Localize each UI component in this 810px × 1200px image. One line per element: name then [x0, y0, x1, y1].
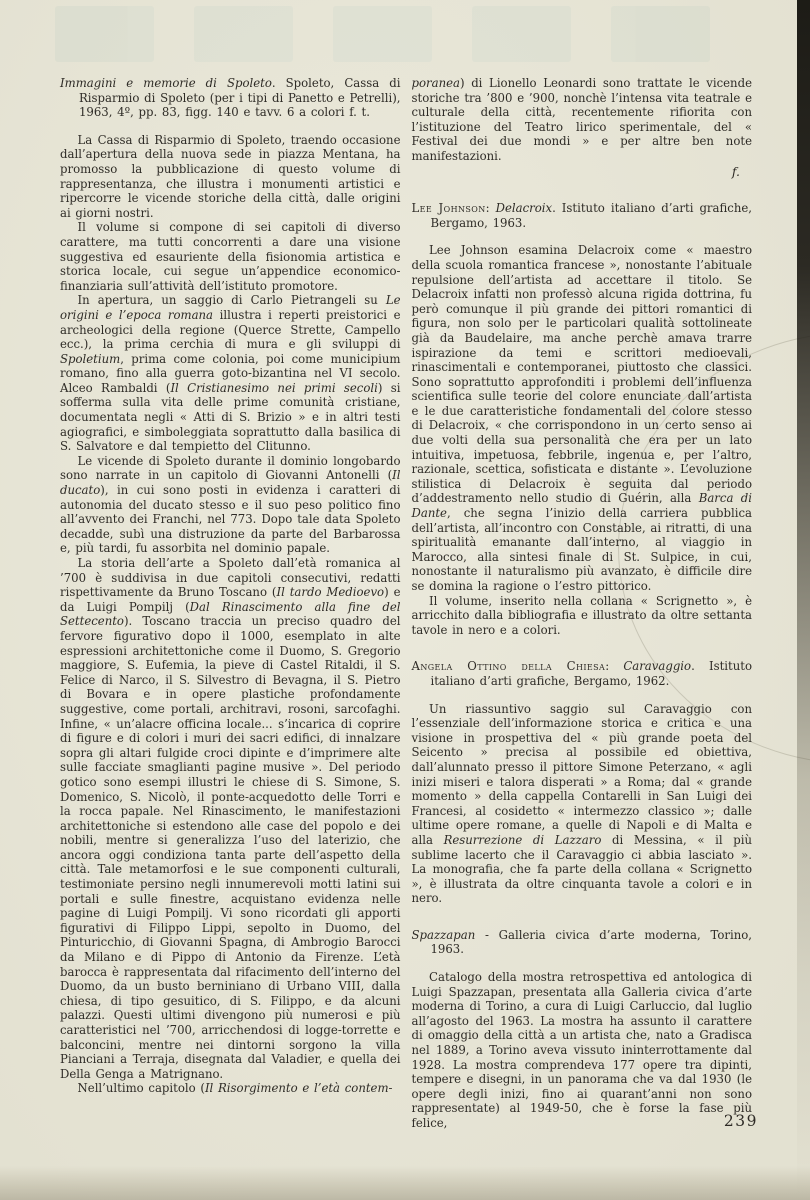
watermark-bar	[55, 6, 154, 62]
watermark-bar	[194, 6, 293, 62]
text-segment: Il volume si compone di sei capitoli di …	[60, 220, 401, 292]
text-segment: Angela Ottino della Chiesa	[412, 659, 606, 673]
entry-heading: Immagini e memorie di Spoleto. Spoleto, …	[60, 76, 401, 120]
paragraph: In apertura, un saggio di Carlo Pietrang…	[60, 293, 401, 454]
text-segment: :	[486, 201, 496, 215]
text-segment: Catalogo della mostra retrospettiva ed a…	[412, 970, 753, 1130]
paragraph: Lee Johnson esamina Delacroix come « mae…	[412, 243, 753, 593]
page-edge-shadow	[797, 0, 810, 1200]
watermark-bar	[333, 6, 432, 62]
text-segment: ), in cui sono posti in evidenza i carat…	[60, 483, 401, 555]
text-segment: Lee Johnson esamina Delacroix come « mae…	[412, 243, 753, 505]
watermark-bar	[472, 6, 571, 62]
entry-heading: Lee Johnson: Delacroix. Istituto italian…	[412, 201, 753, 230]
text-segment: , che segna l’inizio della carriera pubb…	[412, 506, 753, 593]
book-page: { "colors": { "paper": "#e9e7d8", "ink":…	[0, 0, 810, 1200]
text-segment: Caravaggio	[623, 659, 691, 673]
left-column: Immagini e memorie di Spoleto. Spoleto, …	[60, 76, 401, 1131]
text-segment: Le vicende di Spoleto durante il dominio…	[60, 454, 401, 483]
text-segment: La Cassa di Risparmio di Spoleto, traend…	[60, 133, 401, 220]
text-segment: Immagini e memorie di Spoleto	[60, 76, 272, 90]
text-segment: poranea	[412, 76, 461, 90]
right-column: poranea) di Lionello Leonardi sono tratt…	[412, 76, 753, 1131]
signature: f.	[412, 165, 753, 180]
text-segment: Un riassuntivo saggio sul Caravaggio con…	[412, 702, 753, 847]
text-segment: - Galleria civica d’arte moderna, Torino…	[431, 928, 753, 957]
watermark-bar	[611, 6, 710, 62]
text-segment: Il Risorgimento e l’età contem-	[205, 1081, 393, 1095]
text-segment: Spazzapan	[412, 928, 476, 942]
text-segment: Nell’ultimo capitolo (	[78, 1081, 205, 1095]
entry-heading: Spazzapan - Galleria civica d’arte moder…	[412, 928, 753, 957]
paragraph: Il volume si compone di sei capitoli di …	[60, 220, 401, 293]
text-segment: Delacroix	[496, 201, 553, 215]
text-segment: ). Toscano traccia un preciso quadro del…	[60, 614, 401, 1080]
entry-heading: Angela Ottino della Chiesa: Caravaggio. …	[412, 659, 753, 688]
paragraph: Nell’ultimo capitolo (Il Risorgimento e …	[60, 1081, 401, 1096]
text-segment: In apertura, un saggio di Carlo Pietrang…	[78, 293, 386, 307]
text-segment: Il Cristianesimo nei primi secoli	[170, 381, 377, 395]
continuation: poranea) di Lionello Leonardi sono tratt…	[412, 76, 753, 164]
text-segment: Il volume, inserito nella collana « Scri…	[412, 594, 753, 637]
paragraph: La storia dell’arte a Spoleto dall’età r…	[60, 556, 401, 1081]
text-segment: :	[605, 659, 623, 673]
page-number: 239	[724, 1112, 758, 1130]
text-segment: Il tardo Medioevo	[276, 585, 384, 599]
text-segment: Spoletium	[60, 352, 120, 366]
paragraph: Il volume, inserito nella collana « Scri…	[412, 594, 753, 638]
paragraph: La Cassa di Risparmio di Spoleto, traend…	[60, 133, 401, 221]
text-segment: Lee Johnson	[412, 201, 486, 215]
bottom-edge-shadow	[0, 1166, 810, 1200]
paper-watermark	[55, 6, 710, 62]
paragraph: Le vicende di Spoleto durante il dominio…	[60, 454, 401, 556]
text-segment: f.	[732, 164, 740, 179]
paragraph: Un riassuntivo saggio sul Caravaggio con…	[412, 702, 753, 906]
text-columns: Immagini e memorie di Spoleto. Spoleto, …	[60, 76, 752, 1131]
paragraph: Catalogo della mostra retrospettiva ed a…	[412, 970, 753, 1131]
text-segment: ) di Lionello Leonardi sono trattate le …	[412, 76, 753, 163]
text-segment: Resurrezione di Lazzaro	[444, 833, 602, 847]
